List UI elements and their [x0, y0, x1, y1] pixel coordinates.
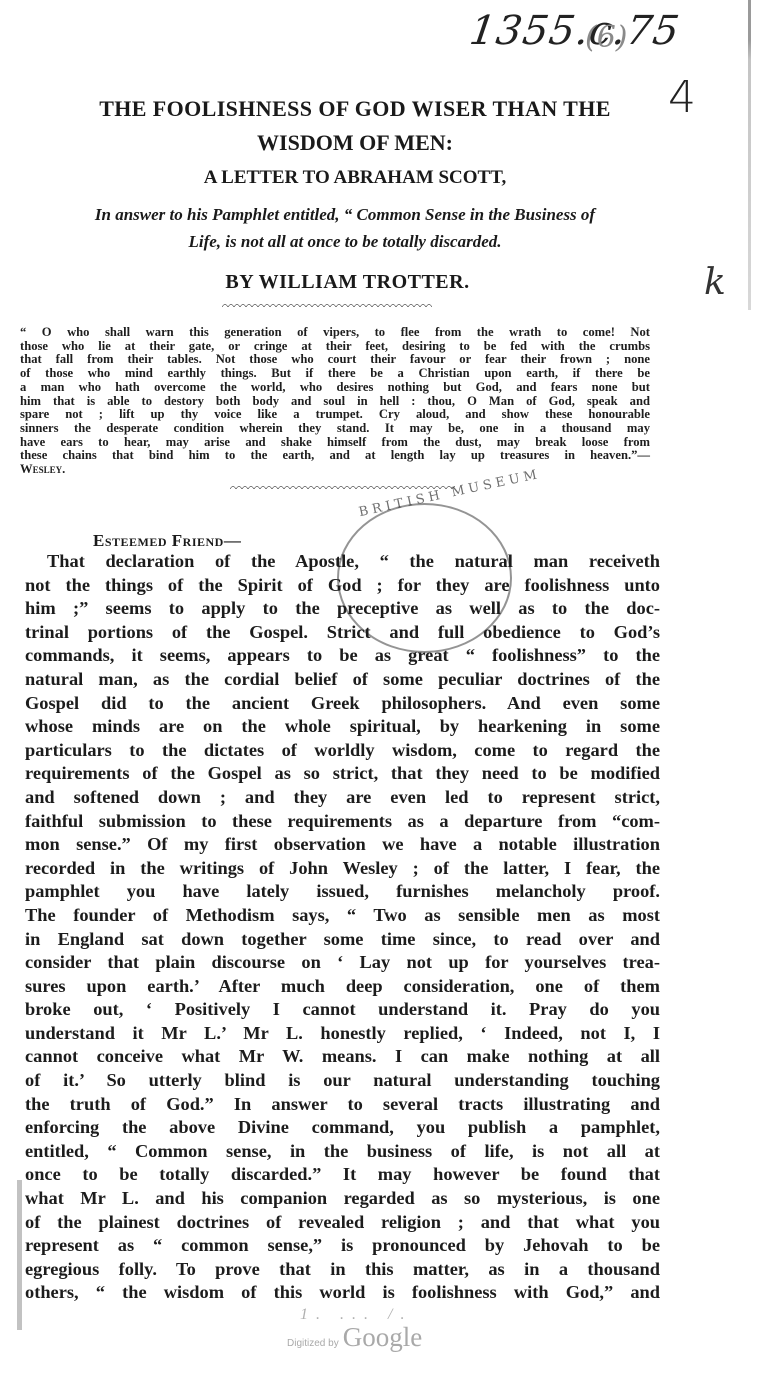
- body-line: of the plainest doctrines of revealed re…: [25, 1211, 660, 1235]
- body-line: of it.’ So utterly blind is our natural …: [25, 1069, 660, 1093]
- letter-body: That declaration of the Apostle, “ the n…: [25, 550, 660, 1305]
- body-line: egregious folly. To prove that in this m…: [25, 1258, 660, 1282]
- epigraph-line: a man who hath overcome the world, who d…: [20, 381, 650, 395]
- body-line: and softened down ; and they are even le…: [25, 786, 660, 810]
- epigraph-line: spare not ; lift up thy voice like a tru…: [20, 408, 650, 422]
- body-line: particulars to the dictates of worldly w…: [25, 739, 660, 763]
- subtitle-line-2: Life, is not all at once to be totally d…: [10, 228, 680, 255]
- body-line: once to be totally discarded.” It may ho…: [25, 1163, 660, 1187]
- body-line: in England sat down together some time s…: [25, 928, 660, 952]
- body-line: understand it Mr L.’ Mr L. honestly repl…: [25, 1022, 660, 1046]
- epigraph-attribution: Wesley.: [20, 463, 650, 477]
- epigraph-line: have ears to hear, may arise and shake h…: [20, 436, 650, 450]
- body-line: whose minds are on the whole spiritual, …: [25, 715, 660, 739]
- body-line: others, “ the wisdom of this world is fo…: [25, 1281, 660, 1305]
- body-line: sures upon earth.’ After much deep consi…: [25, 975, 660, 999]
- wavy-rule-divider: [222, 301, 432, 307]
- title-line-3: A LETTER TO ABRAHAM SCOTT,: [15, 167, 695, 189]
- body-line: broke out, ‘ Positively I cannot underst…: [25, 998, 660, 1022]
- epigraph-line: him that is able to destory both body an…: [20, 395, 650, 409]
- body-line: Gospel did to the ancient Greek philosop…: [25, 692, 660, 716]
- epigraph-line: that fall from their tables. Not those w…: [20, 353, 650, 367]
- handwritten-shelfmark-faint: (6): [585, 20, 628, 55]
- body-line: entitled, “ Common sense, in the busines…: [25, 1140, 660, 1164]
- body-line: commands, it seems, appears to be as gre…: [25, 644, 660, 668]
- title-line-2: WISDOM OF MEN:: [15, 130, 695, 156]
- epigraph-line: sinners the desperate condition wherein …: [20, 422, 650, 436]
- page-edge-right: [748, 0, 751, 310]
- title-line-1: THE FOOLISHNESS OF GOD WISER THAN THE: [15, 96, 695, 122]
- body-line: natural man, as the cordial belief of so…: [25, 668, 660, 692]
- epigraph-line: those who lie at their gate, or cringe a…: [20, 340, 650, 354]
- body-line: recorded in the writings of John Wesley …: [25, 857, 660, 881]
- wavy-rule-divider: [230, 483, 455, 489]
- handwritten-shelfmark: 1355.c.75: [467, 8, 683, 54]
- body-line: trinal portions of the Gospel. Strict an…: [25, 621, 660, 645]
- body-line: That declaration of the Apostle, “ the n…: [25, 550, 660, 574]
- letter-salutation: Esteemed Friend—: [93, 531, 241, 551]
- body-line: him ;” seems to apply to the preceptive …: [25, 597, 660, 621]
- body-line: mon sense.” Of my first observation we h…: [25, 833, 660, 857]
- body-line: requirements of the Gospel as so strict,…: [25, 762, 660, 786]
- epigraph-line: of those who mind earthly things. But if…: [20, 367, 650, 381]
- body-line: what Mr L. and his companion regarded as…: [25, 1187, 660, 1211]
- body-line: consider that plain discourse on ‘ Lay n…: [25, 951, 660, 975]
- body-line: pamphlet you have lately issued, furnish…: [25, 880, 660, 904]
- body-line: not the things of the Spirit of God ; fo…: [25, 574, 660, 598]
- body-line: represent as “ common sense,” is pronoun…: [25, 1234, 660, 1258]
- body-line: the truth of God.” In answer to several …: [25, 1093, 660, 1117]
- subtitle: In answer to his Pamphlet entitled, “ Co…: [10, 201, 680, 255]
- body-line: faithful submission to these requirement…: [25, 810, 660, 834]
- epigraph-quote: “ O who shall warn this generation of vi…: [20, 326, 650, 477]
- author-byline: BY WILLIAM TROTTER.: [15, 271, 680, 294]
- handwritten-letter: k: [704, 262, 726, 303]
- subtitle-line-1: In answer to his Pamphlet entitled, “ Co…: [10, 201, 680, 228]
- google-logo-text: Google: [343, 1322, 422, 1352]
- page-edge-left: [17, 1180, 22, 1330]
- epigraph-line: these chains that bind him to the earth,…: [20, 449, 650, 463]
- body-line: The founder of Methodism says, “ Two as …: [25, 904, 660, 928]
- digitized-by-label: Digitized by: [287, 1338, 339, 1349]
- epigraph-line: “ O who shall warn this generation of vi…: [20, 326, 650, 340]
- digitized-by-google-watermark: Digitized by Google: [287, 1322, 422, 1353]
- body-line: enforcing the above Divine command, you …: [25, 1116, 660, 1140]
- body-line: cannot conceive what Mr W. means. I can …: [25, 1045, 660, 1069]
